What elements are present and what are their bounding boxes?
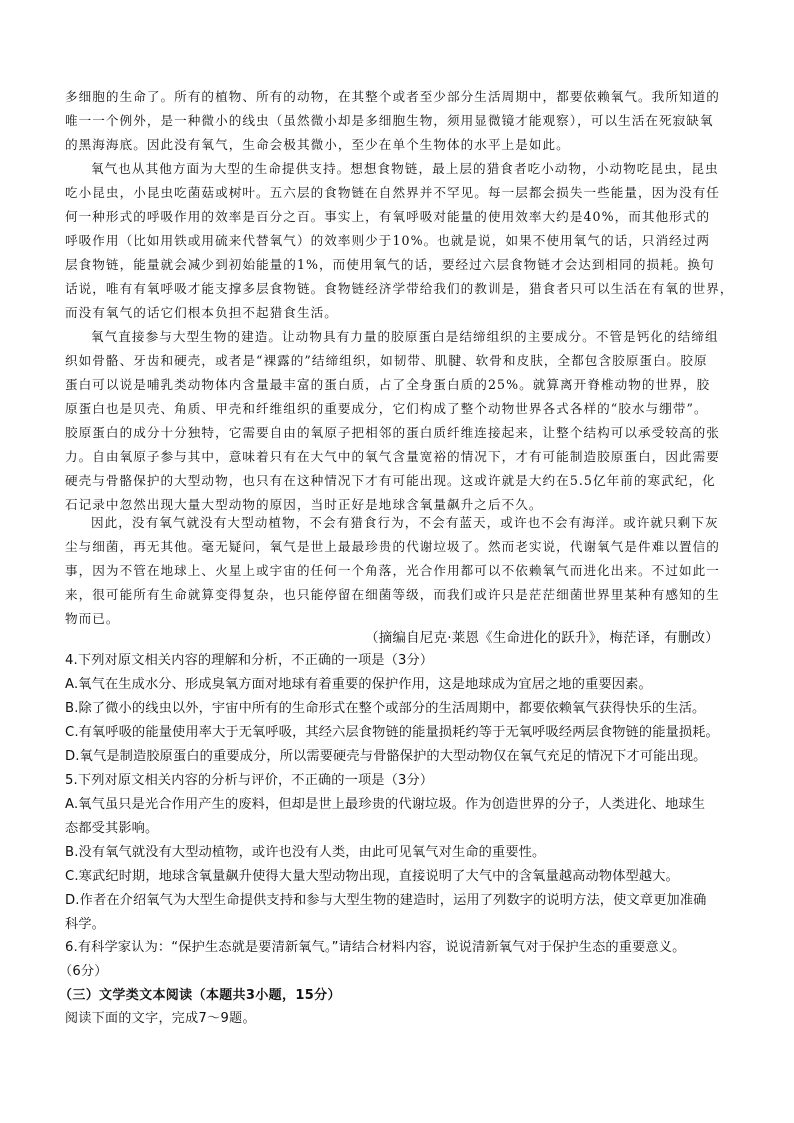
passage-line: 物而已。 — [65, 610, 733, 628]
question-stem: 5.下列对原文相关内容的分析与评价，不正确的一项是（3分） — [65, 772, 733, 790]
exam-page: 多细胞的生命了。所有的植物、所有的动物，在其整个或者至少部分生活周期中，都要依赖… — [0, 0, 794, 1123]
passage-line: 尘与细菌，再无其他。毫无疑问，氧气是世上最最珍贵的代谢垃圾了。然而老实说，代谢氧… — [65, 538, 733, 556]
passage-line: 呼吸作用（比如用铁或用硫来代替氧气）的效率则少于10%。也就是说，如果不使用氧气… — [65, 232, 733, 250]
passage-line: 何一种形式的呼吸作用的效率是百分之百。事实上，有氧呼吸对能量的使用效率大约是40… — [65, 208, 733, 226]
passage-line: 的黑海海底。因此没有氧气，生命会极其微小，至少在单个生物体的水平上是如此。 — [65, 136, 733, 154]
passage-line: 力。自由氧原子参与其中，意味着只有在大气中的氧气含量宽裕的情况下，才有可能制造胶… — [65, 448, 733, 466]
option-d: D.氧气是制造胶原蛋白的重要成分，所以需要硬壳与骨骼保护的大型动物仅在氧气充足的… — [65, 748, 733, 766]
passage-line: 硬壳与骨骼保护的大型动物，也只有在这种情况下才有可能出现。这或许就是大约在5.5… — [65, 472, 733, 490]
passage-line: 唯一一个例外，是一种微小的线虫（虽然微小却是多细胞生物，须用显微镜才能观察），可… — [65, 112, 733, 130]
option-a: A.氧气在生成水分、形成臭氧方面对地球有着重要的保护作用，这是地球成为宜居之地的… — [65, 676, 733, 694]
passage-line: 蛋白可以说是哺乳类动物体内含量最丰富的蛋白质，占了全身蛋白质的25%。就算离开脊… — [65, 376, 733, 394]
passage-line: 织如骨骼、牙齿和硬壳，或者是“裸露的”结缔组织，如韧带、肌腱、软骨和皮肤，全都包… — [65, 352, 733, 370]
passage-line: 原蛋白也是贝壳、角质、甲壳和纤维组织的重要成分，它们构成了整个动物世界各式各样的… — [65, 400, 733, 418]
option-a-cont: 态都受其影响。 — [65, 820, 733, 838]
passage-line: 来，很可能所有生命就算变得复杂，也只能停留在细菌等级，而我们或许只是茫茫细菌世界… — [65, 586, 733, 604]
option-c: C.有氧呼吸的能量使用率大于无氧呼吸，其经六层食物链的能量损耗约等于无氧呼吸经两… — [65, 724, 733, 742]
source-citation: （摘编自尼克·莱恩《生命进化的跃升》，梅茫译，有删改） — [365, 629, 735, 647]
passage-line: 吃小昆虫，小昆虫吃菌菇或树叶。五六层的食物链在自然界并不罕见。每一层都会损失一些… — [65, 184, 733, 202]
passage-line: 石记录中忽然出现大量大型动物的原因，当时正好是地球含氧量飙升之后不久。 — [65, 496, 733, 514]
option-b: B.除了微小的线虫以外，宇宙中所有的生命形式在整个或部分的生活周期中，都要依赖氧… — [65, 700, 733, 718]
passage-line: 因此，没有氧气就没有大型动植物，不会有猎食行为，不会有蓝天，或许也不会有海洋。或… — [91, 514, 733, 532]
option-a: A.氧气虽只是光合作用产生的废料，但却是世上最珍贵的代谢垃圾。作为创造世界的分子… — [65, 796, 733, 814]
section-heading: （三）文学类文本阅读（本题共3小题，15分） — [59, 987, 727, 1005]
passage-line: 而没有氧气的话它们根本负担不起猎食生活。 — [65, 304, 733, 322]
question-score: （6分） — [59, 963, 727, 981]
passage-line: 胶原蛋白的成分十分独特，它需要自由的氧原子把相邻的蛋白质纤维连接起来，让整个结构… — [65, 424, 733, 442]
passage-line: 层食物链，能量就会减少到初始能量的1%，而使用氧气的话，要经过六层食物链才会达到… — [65, 256, 733, 274]
passage-line: 多细胞的生命了。所有的植物、所有的动物，在其整个或者至少部分生活周期中，都要依赖… — [65, 88, 733, 106]
question-stem: 4.下列对原文相关内容的理解和分析，不正确的一项是（3分） — [65, 652, 733, 670]
question-stem: 6.有科学家认为：“保护生态就是要清新氧气。”请结合材料内容，说说清新氧气对于保… — [65, 939, 733, 957]
passage-line: 话说，唯有有氧呼吸才能支撑多层食物链。食物链经济学带给我们的教训是，猎食者只可以… — [65, 280, 733, 298]
section-instruction: 阅读下面的文字，完成7～9题。 — [65, 1010, 733, 1028]
option-c: C.寒武纪时期，地球含氧量飙升使得大量大型动物出现，直接说明了大气中的含氧量越高… — [65, 868, 733, 886]
option-d-cont: 科学。 — [65, 916, 733, 934]
option-d: D.作者在介绍氧气为大型生命提供支持和参与大型生物的建造时，运用了列数字的说明方… — [65, 892, 733, 910]
passage-line: 氧气直接参与大型生物的建造。让动物具有力量的胶原蛋白是结缔组织的主要成分。不管是… — [91, 328, 733, 346]
passage-line: 事，因为不管在地球上、火星上或宇宙的任何一个角落，光合作用都可以不依赖氧气而进化… — [65, 562, 733, 580]
option-b: B.没有氧气就没有大型动植物，或许也没有人类，由此可见氧气对生命的重要性。 — [65, 844, 733, 862]
passage-line: 氧气也从其他方面为大型的生命提供支持。想想食物链，最上层的猎食者吃小动物，小动物… — [91, 160, 733, 178]
